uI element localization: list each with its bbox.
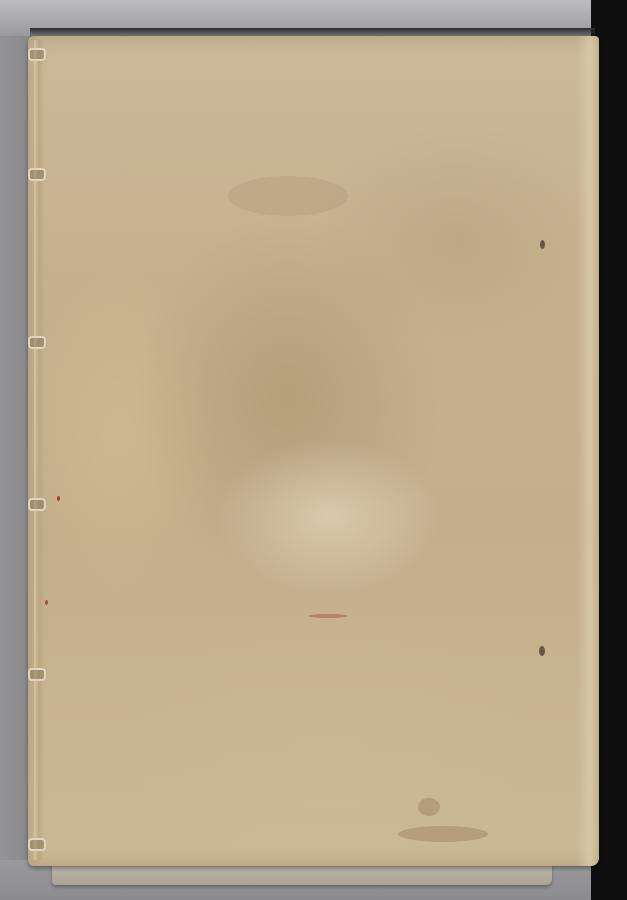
spine-fold [34,40,44,860]
spine-stitch [28,838,46,851]
stain [398,826,488,842]
red-mark [57,496,60,501]
stain [228,176,348,216]
vellum-book-cover [28,36,599,866]
red-streak [308,614,348,618]
wormhole-spot [539,646,545,656]
stain [418,798,440,816]
red-mark [45,600,48,605]
spine-stitch [28,336,46,349]
spine-stitch [28,48,46,61]
spine-stitch [28,668,46,681]
backdrop-left [0,36,30,900]
fore-edge-turn-in [577,36,599,866]
spine-stitch [28,498,46,511]
wormhole-spot [540,240,545,249]
spine-stitch [28,168,46,181]
